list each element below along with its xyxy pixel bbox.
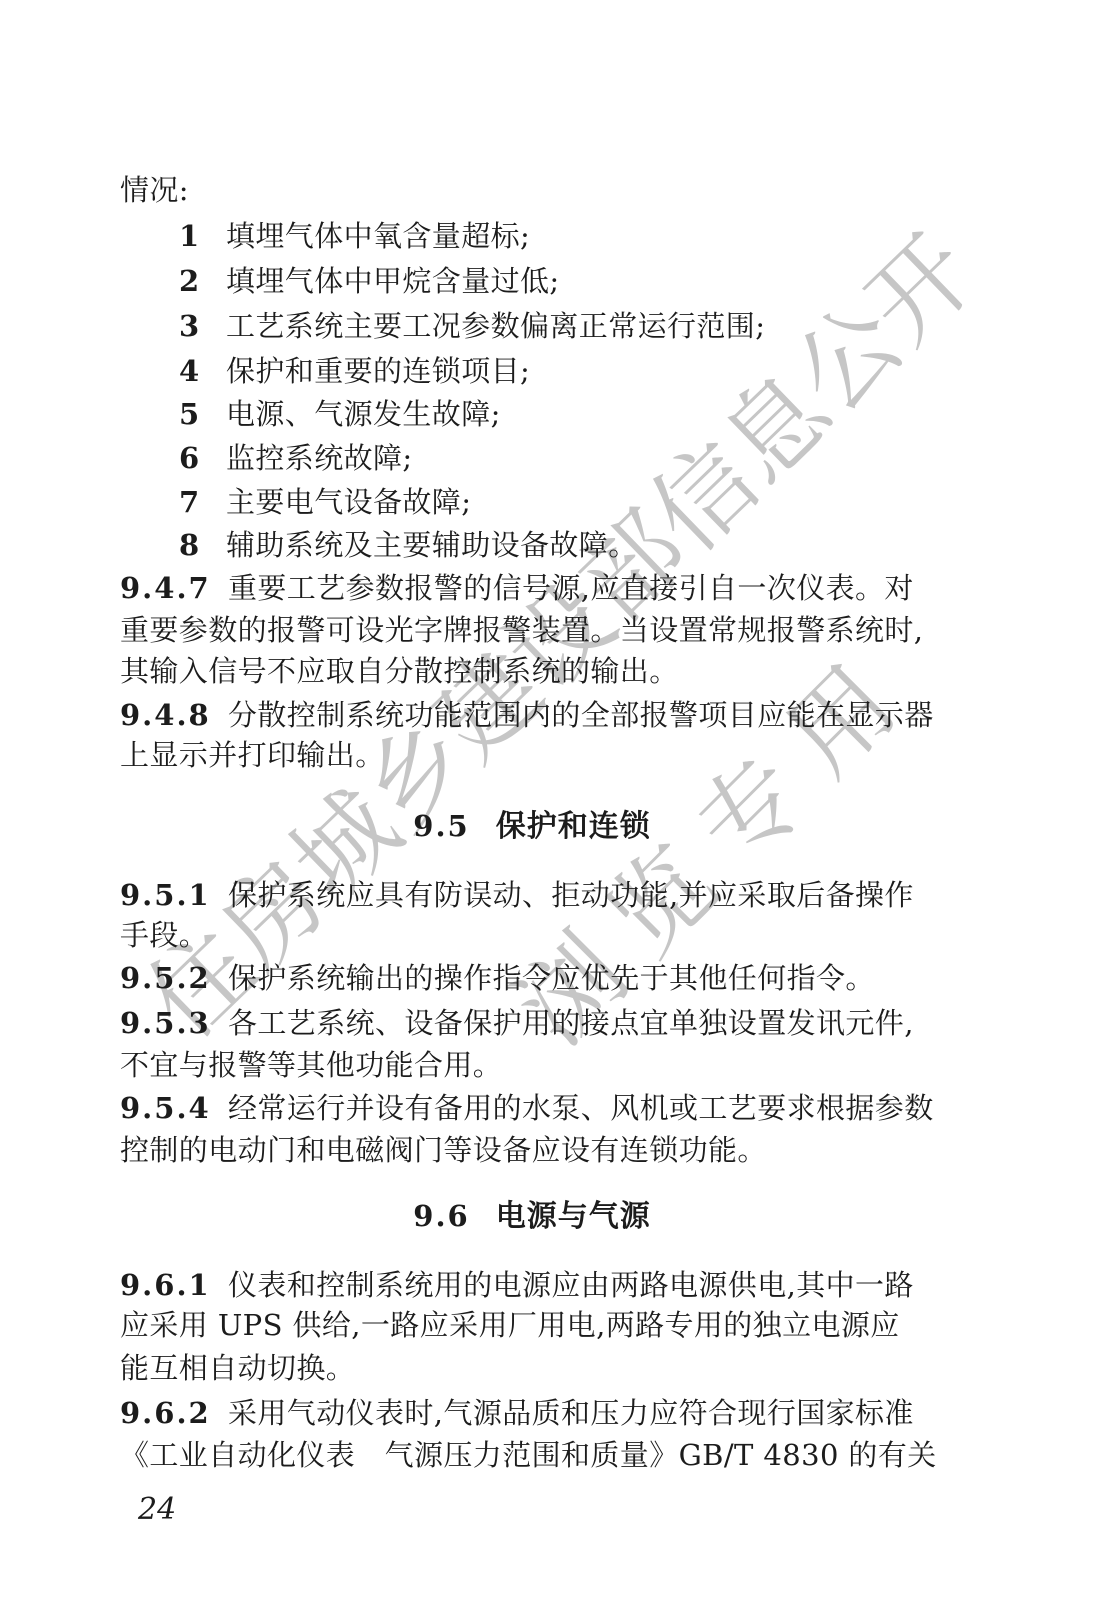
list-item-5-text: 电源、气源发生故障; [226,397,501,431]
section-96-title: 电源与气源 [496,1199,651,1234]
clause-947-line-3: 其输入信号不应取自分散控制系统的输出。 [120,651,944,691]
list-item-5-number: 5 [179,394,226,434]
clause-951-text-1: 保护系统应具有防误动、拒动功能,并应采取后备操作 [228,878,914,912]
clause-961-text-1: 仪表和控制系统用的电源应由两路电源供电,其中一路 [228,1268,914,1302]
clause-953-line-2: 不宜与报警等其他功能合用。 [120,1045,944,1085]
list-item-4: 4保护和重要的连锁项目; [120,351,1003,391]
clause-961-line-1: 9.6.1仪表和控制系统用的电源应由两路电源供电,其中一路 [120,1265,944,1305]
clause-948-text-1: 分散控制系统功能范围内的全部报警项目应能在显示器 [228,698,934,732]
clause-953-line-1: 9.5.3各工艺系统、设备保护用的接点宜单独设置发讯元件, [120,1003,944,1043]
list-item-4-text: 保护和重要的连锁项目; [226,354,530,388]
list-item-2-text: 填埋气体中甲烷含量过低; [226,264,560,298]
clause-948-number: 9.4.8 [120,695,228,735]
document-page: 住房城乡建设部信息公开 浏览专用 情况: 1填埋气体中氧含量超标; 2填埋气体中… [0,0,1103,1597]
clause-954-line-2: 控制的电动门和电磁阀门等设备应设有连锁功能。 [120,1130,944,1170]
list-item-6-text: 监控系统故障; [226,441,413,475]
section-heading-95: 9.5保护和连锁 [120,806,944,851]
clause-953-text-1: 各工艺系统、设备保护用的接点宜单独设置发讯元件, [228,1006,914,1040]
list-item-1-number: 1 [179,216,226,256]
clause-947-number: 9.4.7 [120,568,228,608]
clause-951-line-1: 9.5.1保护系统应具有防误动、拒动功能,并应采取后备操作 [120,875,944,915]
list-item-7-number: 7 [179,482,226,522]
list-item-1-text: 填埋气体中氧含量超标; [226,219,530,253]
section-96-number: 9.6 [413,1199,469,1233]
clause-947-line-1: 9.4.7重要工艺参数报警的信号源,应直接引自一次仪表。对 [120,568,944,608]
list-item-2-number: 2 [179,261,226,301]
clause-954-line-1: 9.5.4经常运行并设有备用的水泵、风机或工艺要求根据参数 [120,1088,944,1128]
section-heading-96: 9.6电源与气源 [120,1196,944,1241]
list-item-3: 3工艺系统主要工况参数偏离正常运行范围; [120,306,1003,346]
intro-line: 情况: [120,170,944,210]
list-item-4-number: 4 [179,351,226,391]
clause-962-line-2: 《工业自动化仪表 气源压力范围和质量》GB/T 4830 的有关 [120,1435,944,1475]
list-item-3-text: 工艺系统主要工况参数偏离正常运行范围; [226,309,765,343]
clause-951-number: 9.5.1 [120,875,228,915]
list-item-3-number: 3 [179,306,226,346]
clause-952-number: 9.5.2 [120,958,228,998]
clause-962-text-1: 采用气动仪表时,气源品质和压力应符合现行国家标准 [228,1396,914,1430]
clause-953-number: 9.5.3 [120,1003,228,1043]
clause-952-line-1: 9.5.2保护系统输出的操作指令应优先于其他任何指令。 [120,958,944,998]
clause-962-number: 9.6.2 [120,1393,228,1433]
list-item-7: 7主要电气设备故障; [120,482,1003,522]
list-item-8: 8辅助系统及主要辅助设备故障。 [120,525,1003,565]
clause-947-text-1: 重要工艺参数报警的信号源,应直接引自一次仪表。对 [228,571,914,605]
list-item-1: 1填埋气体中氧含量超标; [120,216,1003,256]
list-item-2: 2填埋气体中甲烷含量过低; [120,261,1003,301]
clause-947-line-2: 重要参数的报警可设光字牌报警装置。当设置常规报警系统时, [120,610,944,650]
section-95-number: 9.5 [413,809,469,843]
clause-948-line-1: 9.4.8分散控制系统功能范围内的全部报警项目应能在显示器 [120,695,944,735]
page-number: 24 [138,1492,176,1527]
list-item-5: 5电源、气源发生故障; [120,394,1003,434]
clause-961-number: 9.6.1 [120,1265,228,1305]
list-item-8-text: 辅助系统及主要辅助设备故障。 [226,528,638,562]
list-item-6-number: 6 [179,438,226,478]
clause-954-text-1: 经常运行并设有备用的水泵、风机或工艺要求根据参数 [228,1091,934,1125]
clause-961-line-3: 能互相自动切换。 [120,1348,944,1388]
list-item-6: 6监控系统故障; [120,438,1003,478]
list-item-8-number: 8 [179,525,226,565]
clause-948-line-2: 上显示并打印输出。 [120,735,944,775]
clause-962-line-1: 9.6.2采用气动仪表时,气源品质和压力应符合现行国家标准 [120,1393,944,1433]
list-item-7-text: 主要电气设备故障; [226,485,471,519]
clause-951-line-2: 手段。 [120,915,944,955]
clause-952-text-1: 保护系统输出的操作指令应优先于其他任何指令。 [228,961,875,995]
section-95-title: 保护和连锁 [496,809,651,844]
clause-954-number: 9.5.4 [120,1088,228,1128]
clause-961-line-2: 应采用 UPS 供给,一路应采用厂用电,两路专用的独立电源应 [120,1305,944,1345]
